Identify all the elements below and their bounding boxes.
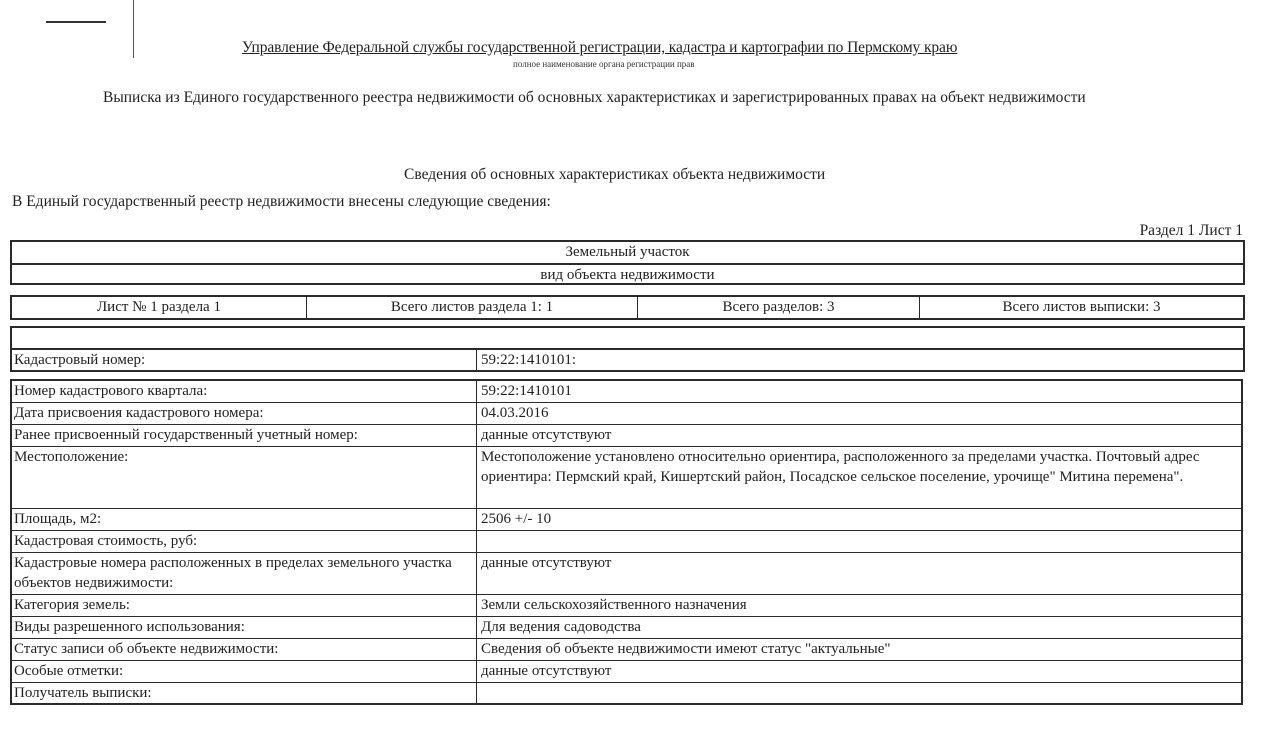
field-value <box>477 683 1241 704</box>
object-type-block: Земельный участок вид объекта недвижимос… <box>10 240 1245 285</box>
field-value: 2506 +/- 10 <box>477 509 1241 530</box>
table-row: Получатель выписки: <box>12 683 1241 704</box>
extract-sheets-total: Всего листов выписки: 3 <box>919 297 1243 318</box>
table-row: Кадастровая стоимость, руб: <box>12 531 1241 553</box>
field-value: данные отсутствуют <box>477 425 1241 446</box>
intro-text: В Единый государственный реестр недвижим… <box>12 193 551 211</box>
field-value: Для ведения садоводства <box>477 617 1241 638</box>
sheet-number: Лист № 1 раздела 1 <box>12 297 306 318</box>
field-value: Сведения об объекте недвижимости имеют с… <box>477 639 1241 660</box>
field-label: Кадастровая стоимость, руб: <box>12 531 477 552</box>
scan-artifact-line <box>133 0 134 58</box>
field-value: Местоположение установлено относительно … <box>477 447 1241 508</box>
table-row: Категория земель: Земли сельскохозяйстве… <box>12 595 1241 617</box>
organization-name: Управление Федеральной службы государств… <box>242 39 957 57</box>
field-label: Дата присвоения кадастрового номера: <box>12 403 477 424</box>
field-value: данные отсутствуют <box>477 661 1241 682</box>
table-row: Ранее присвоенный государственный учетны… <box>12 425 1241 447</box>
characteristics-table: Номер кадастрового квартала: 59:22:14101… <box>10 379 1243 705</box>
field-label: Особые отметки: <box>12 661 477 682</box>
field-label: Статус записи об объекте недвижимости: <box>12 639 477 660</box>
table-row: Местоположение: Местоположение установле… <box>12 447 1241 509</box>
sheet-reference: Раздел 1 Лист 1 <box>1140 222 1243 240</box>
table-row: Кадастровые номера расположенных в преде… <box>12 553 1241 595</box>
object-type-caption: вид объекта недвижимости <box>12 263 1243 286</box>
table-row: Статус записи об объекте недвижимости: С… <box>12 639 1241 661</box>
blank-row <box>12 328 1243 350</box>
field-label: Кадастровые номера расположенных в преде… <box>12 553 477 594</box>
field-label: Кадастровый номер: <box>12 350 477 371</box>
cadastral-number-value: 59:22:1410101: <box>477 350 1243 371</box>
section-title: Сведения об основных характеристиках объ… <box>404 166 825 184</box>
field-label: Категория земель: <box>12 595 477 616</box>
table-row: Номер кадастрового квартала: 59:22:14101… <box>12 381 1241 403</box>
table-row: Площадь, м2: 2506 +/- 10 <box>12 509 1241 531</box>
organization-caption: полное наименование органа регистрации п… <box>513 59 695 69</box>
table-row: Особые отметки: данные отсутствуют <box>12 661 1241 683</box>
field-value: данные отсутствуют <box>477 553 1241 594</box>
object-type: Земельный участок <box>12 242 1243 263</box>
field-value <box>477 531 1241 552</box>
field-label: Площадь, м2: <box>12 509 477 530</box>
field-label: Получатель выписки: <box>12 683 477 704</box>
sheets-info-row: Лист № 1 раздела 1 Всего листов раздела … <box>10 295 1245 320</box>
field-label: Ранее присвоенный государственный учетны… <box>12 425 477 446</box>
field-label: Местоположение: <box>12 447 477 508</box>
scan-artifact-line <box>46 21 106 23</box>
field-value: Земли сельскохозяйственного назначения <box>477 595 1241 616</box>
document-title: Выписка из Единого государственного реес… <box>103 89 1086 107</box>
table-row: Виды разрешенного использования: Для вед… <box>12 617 1241 639</box>
table-row: Дата присвоения кадастрового номера: 04.… <box>12 403 1241 425</box>
field-label: Номер кадастрового квартала: <box>12 381 477 402</box>
table-row: Кадастровый номер: 59:22:1410101: <box>12 350 1243 371</box>
field-label: Виды разрешенного использования: <box>12 617 477 638</box>
sections-total: Всего разделов: 3 <box>637 297 919 318</box>
field-value: 59:22:1410101 <box>477 381 1241 402</box>
section-sheets-total: Всего листов раздела 1: 1 <box>306 297 637 318</box>
cadastral-number-block: Кадастровый номер: 59:22:1410101: <box>10 326 1245 372</box>
field-value: 04.03.2016 <box>477 403 1241 424</box>
